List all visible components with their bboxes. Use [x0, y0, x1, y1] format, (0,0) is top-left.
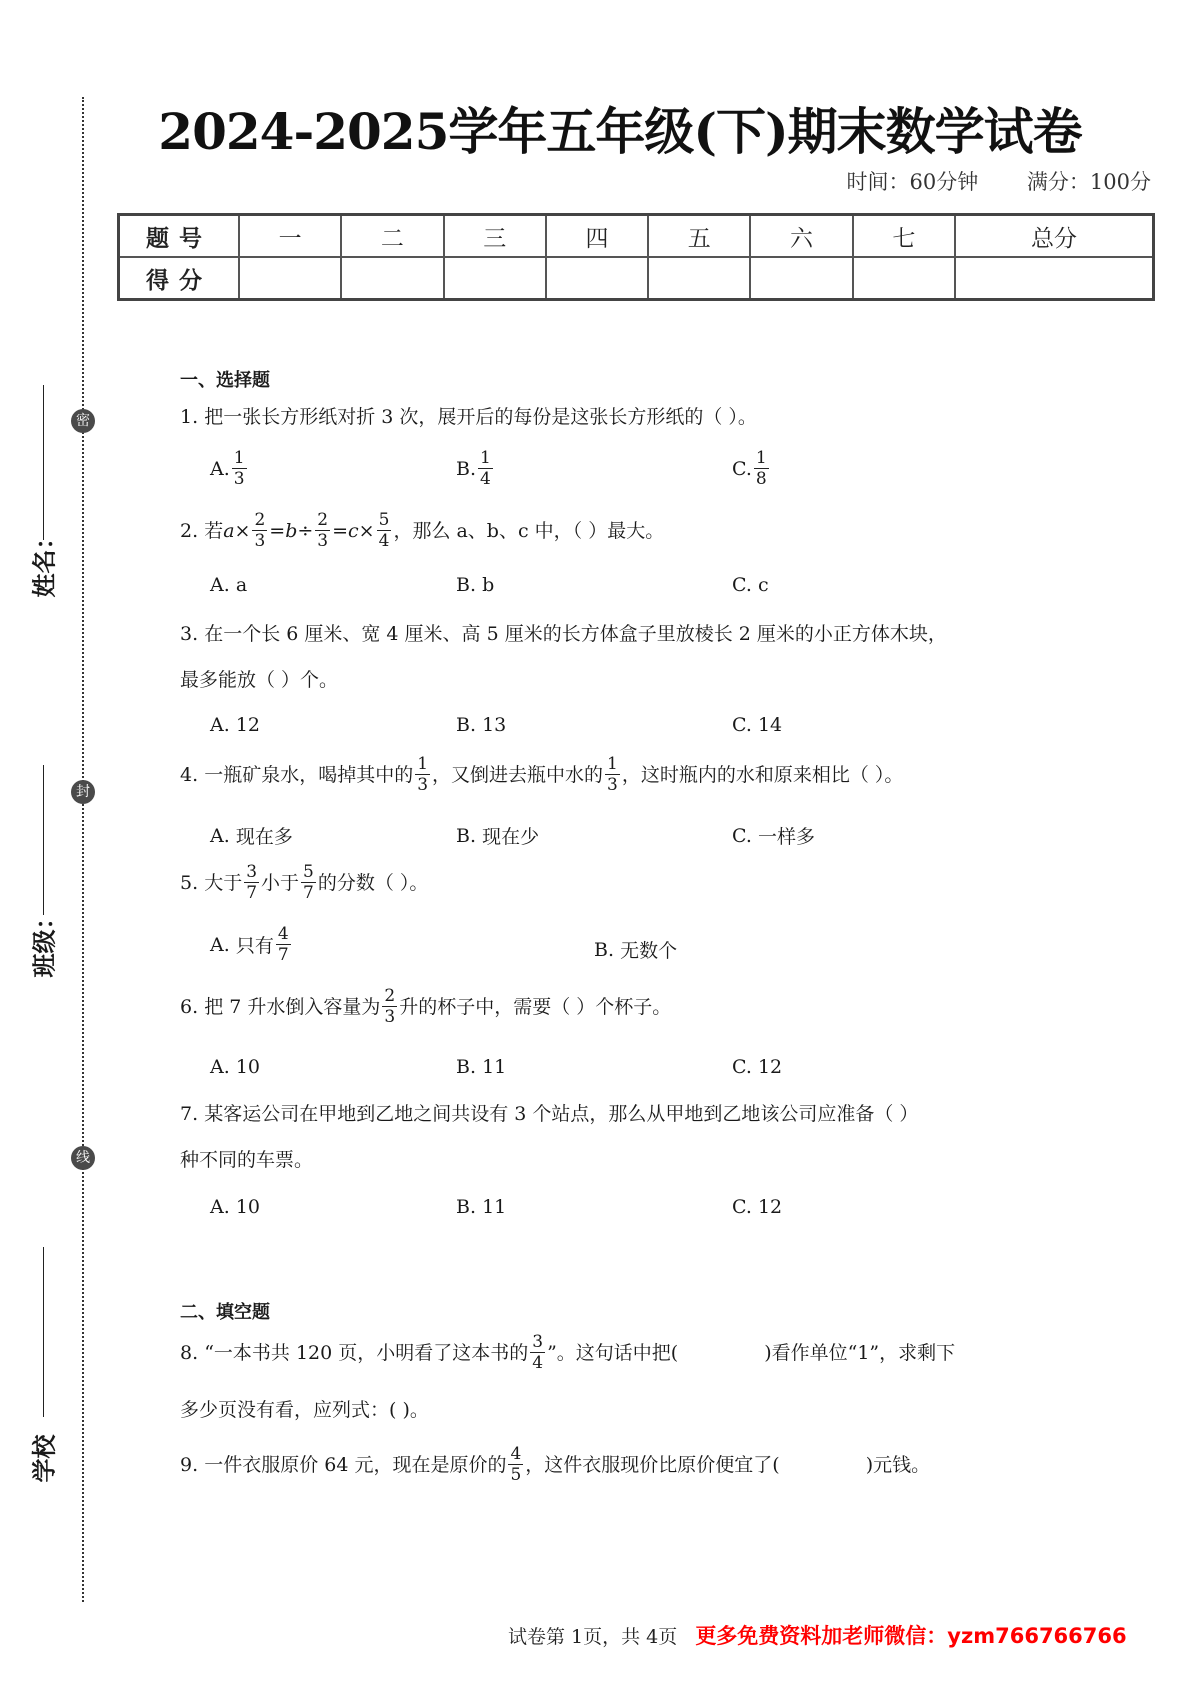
- class-underline[interactable]: [43, 765, 44, 915]
- question-text: 升的杯子中，需要（ ）个杯子。: [399, 993, 671, 1021]
- question-text: 一件衣服原价 64 元，现在是原价的: [204, 1451, 506, 1479]
- question-4: 4. 一瓶矿泉水，喝掉其中的 13 ，又倒进去瓶中水的 13 ，这时瓶内的水和原…: [180, 754, 903, 795]
- fraction: 13: [605, 754, 620, 795]
- fraction: 37: [244, 862, 259, 903]
- question-number: 5.: [180, 869, 198, 897]
- option-label: C.: [732, 458, 752, 480]
- q2-option-c[interactable]: C. c: [732, 574, 769, 596]
- question-5: 5. 大于 37 小于 57 的分数（ ）。: [180, 862, 428, 903]
- q7-option-a[interactable]: A. 10: [210, 1196, 260, 1218]
- q5-option-b[interactable]: B. 无数个: [594, 936, 677, 963]
- page-footer: 试卷第 1页，共 4页 更多免费资料加老师微信：yzm766766766: [508, 1620, 1127, 1650]
- q6-option-a[interactable]: A. 10: [210, 1056, 260, 1078]
- binding-dotted-line: [82, 97, 84, 1602]
- q3-option-c[interactable]: C. 14: [732, 714, 782, 736]
- fraction: 13: [415, 754, 430, 795]
- q7-option-c[interactable]: C. 12: [732, 1196, 782, 1218]
- fraction: 23: [315, 510, 330, 551]
- math-expr: =c×: [332, 517, 374, 545]
- school-label: 学校: [25, 1443, 60, 1483]
- name-label: 姓名：: [25, 558, 60, 598]
- question-number: 7.: [180, 1103, 198, 1125]
- question-text: ，那么 a、b、c 中，（ ）最大。: [393, 517, 664, 545]
- fraction: 54: [377, 510, 392, 551]
- question-text: 把一张长方形纸对折 3 次，展开后的每份是这张长方形纸的（ ）。: [204, 406, 757, 428]
- question-text: )元钱。: [866, 1451, 930, 1479]
- question-text: 某客运公司在甲地到乙地之间共设有 3 个站点，那么从甲地到乙地该公司应准备（ ）: [204, 1103, 918, 1125]
- q6-option-b[interactable]: B. 11: [456, 1056, 506, 1078]
- question-text: 的分数（ ）。: [318, 869, 429, 897]
- question-number: 6.: [180, 993, 198, 1021]
- question-number: 3.: [180, 623, 198, 645]
- col-1: 一: [239, 215, 341, 258]
- question-text: )看作单位“1”，求剩下: [764, 1339, 955, 1367]
- q4-option-c[interactable]: C. 一样多: [732, 822, 815, 849]
- question-text: ，这时瓶内的水和原来相比（ ）。: [622, 761, 904, 789]
- fraction: 57: [301, 862, 316, 903]
- col-3: 三: [444, 215, 546, 258]
- full-score: 满分：100分: [1027, 170, 1151, 194]
- question-text: ，又倒进去瓶中水的: [432, 761, 603, 789]
- question-text: ，这件衣服现价比原价便宜了(: [525, 1451, 779, 1479]
- fraction: 47: [276, 924, 291, 965]
- question-text: 大于: [204, 869, 242, 897]
- option-label: B.: [456, 458, 476, 480]
- q3-option-b[interactable]: B. 13: [456, 714, 506, 736]
- section-title-choice: 一、选择题: [180, 366, 270, 392]
- fraction: 34: [530, 1332, 545, 1373]
- page-number: 试卷第 1页，共 4页: [508, 1626, 677, 1648]
- fraction: 14: [478, 448, 493, 489]
- score-header: 得分: [119, 257, 240, 300]
- question-number: 2.: [180, 517, 198, 545]
- question-number: 4.: [180, 761, 198, 789]
- name-underline[interactable]: [43, 385, 44, 540]
- question-text: ”。这句话中把(: [547, 1339, 678, 1367]
- q2-option-b[interactable]: B. b: [456, 574, 494, 596]
- school-underline[interactable]: [43, 1247, 44, 1417]
- score-cell-7[interactable]: [853, 257, 955, 300]
- question-8-line-2: 多少页没有看，应列式：( )。: [180, 1396, 429, 1424]
- q3-option-a[interactable]: A. 12: [210, 714, 260, 736]
- score-cell-3[interactable]: [444, 257, 546, 300]
- math-expr: a×: [223, 517, 250, 545]
- fraction: 13: [232, 448, 247, 489]
- math-expr: =b÷: [269, 517, 313, 545]
- question-number: 8.: [180, 1339, 198, 1367]
- q6-option-c[interactable]: C. 12: [732, 1056, 782, 1078]
- score-cell-6[interactable]: [750, 257, 852, 300]
- question-6: 6. 把 7 升水倒入容量为 23 升的杯子中，需要（ ）个杯子。: [180, 986, 671, 1027]
- question-number: 1.: [180, 406, 198, 428]
- option-label: A.: [210, 458, 230, 480]
- col-7: 七: [853, 215, 955, 258]
- score-cell-4[interactable]: [546, 257, 648, 300]
- question-number-header: 题号: [119, 215, 240, 258]
- question-text: 若: [204, 517, 223, 545]
- section-title-fill-blank: 二、填空题: [180, 1298, 270, 1324]
- score-cell-2[interactable]: [341, 257, 443, 300]
- score-cell-total[interactable]: [955, 257, 1154, 300]
- q4-option-a[interactable]: A. 现在多: [210, 822, 293, 849]
- question-text: 小于: [261, 869, 299, 897]
- seal-mi-icon: 密: [71, 409, 95, 433]
- q1-option-b[interactable]: B. 14: [456, 448, 495, 489]
- exam-title: 2024-2025学年五年级(下)期末数学试卷: [100, 92, 1140, 164]
- fraction: 45: [508, 1444, 523, 1485]
- question-3: 3. 在一个长 6 厘米、宽 4 厘米、高 5 厘米的长方体盒子里放棱长 2 厘…: [180, 620, 947, 648]
- seal-xian-icon: 线: [71, 1146, 95, 1170]
- question-9: 9. 一件衣服原价 64 元，现在是原价的 45 ，这件衣服现价比原价便宜了( …: [180, 1444, 930, 1485]
- question-3-line-2: 最多能放（ ）个。: [180, 666, 338, 694]
- score-table: 题号 一 二 三 四 五 六 七 总分 得分: [117, 213, 1155, 301]
- q2-option-a[interactable]: A. a: [210, 574, 247, 596]
- col-total: 总分: [955, 215, 1154, 258]
- time-limit: 时间：60分钟: [846, 170, 978, 194]
- q1-option-a[interactable]: A. 13: [210, 448, 249, 489]
- question-text: 在一个长 6 厘米、宽 4 厘米、高 5 厘米的长方体盒子里放棱长 2 厘米的小…: [204, 623, 947, 645]
- question-7-line-2: 种不同的车票。: [180, 1146, 313, 1174]
- question-text: 一瓶矿泉水，喝掉其中的: [204, 761, 413, 789]
- col-4: 四: [546, 215, 648, 258]
- question-text: 把 7 升水倒入容量为: [204, 993, 380, 1021]
- question-7: 7. 某客运公司在甲地到乙地之间共设有 3 个站点，那么从甲地到乙地该公司应准备…: [180, 1100, 918, 1128]
- fraction: 23: [382, 986, 397, 1027]
- col-5: 五: [648, 215, 750, 258]
- score-cell-5[interactable]: [648, 257, 750, 300]
- exam-meta: 时间：60分钟 满分：100分: [804, 166, 1151, 196]
- score-cell-1[interactable]: [239, 257, 341, 300]
- q5-option-a[interactable]: A. 只有 47: [210, 924, 293, 965]
- question-1: 1. 把一张长方形纸对折 3 次，展开后的每份是这张长方形纸的（ ）。: [180, 403, 757, 431]
- col-2: 二: [341, 215, 443, 258]
- class-label: 班级：: [25, 938, 60, 978]
- fraction: 23: [252, 510, 267, 551]
- promo-text: 更多免费资料加老师微信：yzm766766766: [695, 1624, 1126, 1648]
- fraction: 18: [754, 448, 769, 489]
- col-6: 六: [750, 215, 852, 258]
- question-text: “一本书共 120 页，小明看了这本书的: [204, 1339, 528, 1367]
- question-2: 2. 若 a× 23 =b÷ 23 =c× 54 ，那么 a、b、c 中，（ ）…: [180, 510, 664, 551]
- q7-option-b[interactable]: B. 11: [456, 1196, 506, 1218]
- score-table-header-row: 题号 一 二 三 四 五 六 七 总分: [119, 215, 1154, 258]
- question-8: 8. “一本书共 120 页，小明看了这本书的 34 ”。这句话中把( )看作单…: [180, 1332, 955, 1373]
- seal-feng-icon: 封: [71, 780, 95, 804]
- q1-option-c[interactable]: C. 18: [732, 448, 771, 489]
- score-table-score-row: 得分: [119, 257, 1154, 300]
- q4-option-b[interactable]: B. 现在少: [456, 822, 539, 849]
- question-number: 9.: [180, 1451, 198, 1479]
